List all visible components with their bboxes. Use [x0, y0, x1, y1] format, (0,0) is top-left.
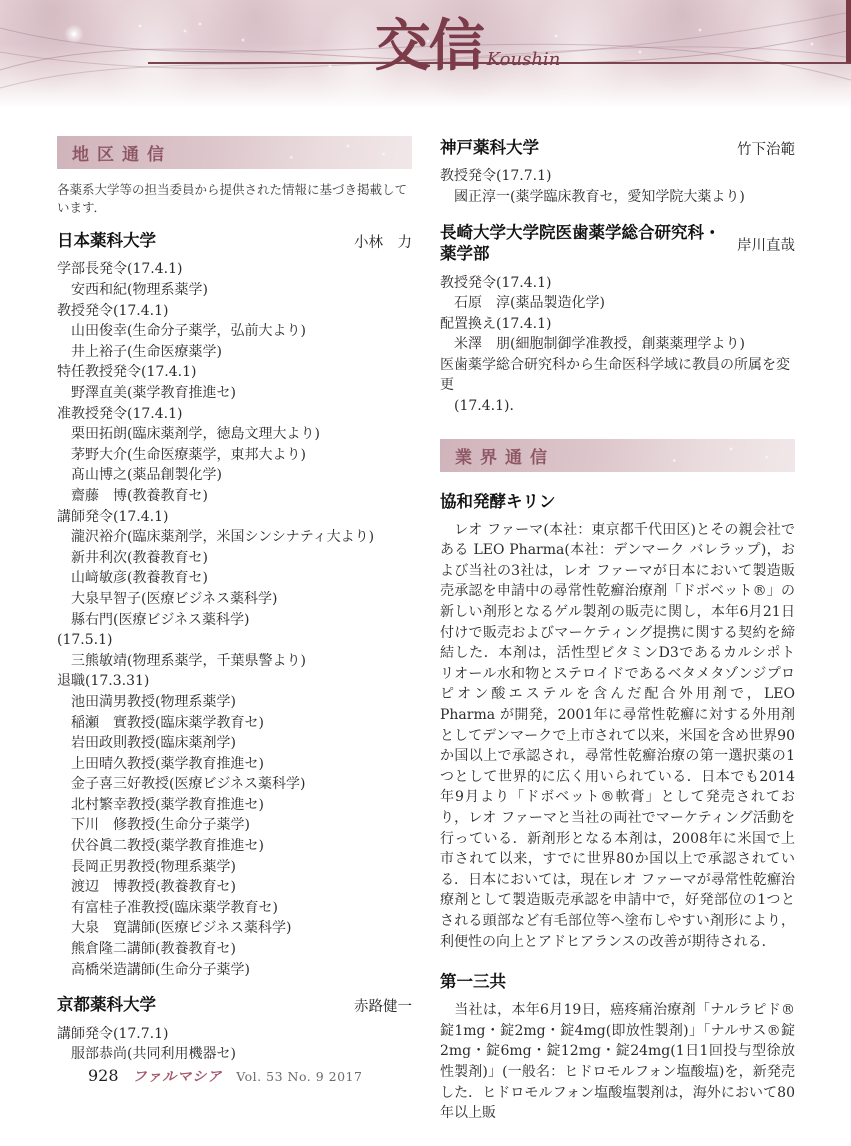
appointment-line: 学部長発令(17.4.1) — [57, 259, 412, 280]
university-entry: 神戸薬科大学 竹下治範 教授発令(17.7.1) 國正淳一(薬学臨床教育セ，愛知… — [440, 138, 795, 208]
appointment-line: (17.4.1)． — [440, 396, 795, 417]
appointment-list: 教授発令(17.4.1) 石原 淳(薬品製造化学)配置換え(17.4.1) 米澤… — [440, 273, 795, 417]
appointment-line: 山田俊幸(生命分子薬学，弘前大より) — [57, 321, 412, 342]
section-header-district: 地区通信 — [57, 136, 412, 169]
university-entry: 日本薬科大学 小林 力 学部長発令(17.4.1) 安西和紀(物理系薬学)教授発… — [57, 231, 412, 980]
section-note: 各薬系大学等の担当委員から提供された情報に基づき掲載しています． — [57, 180, 412, 216]
appointment-line: 服部恭尚(共同利用機器セ) — [57, 1044, 412, 1065]
right-edge-mark — [846, 0, 851, 63]
article-body: レオ ファーマ(本社：東京都千代田区)とその親会社である LEO Pharma(… — [440, 520, 795, 952]
appointment-line: 山﨑敏彦(教養教育セ) — [57, 568, 412, 589]
reporter-name: 竹下治範 — [737, 138, 795, 159]
appointment-line: 下川 修教授(生命分子薬学) — [57, 815, 412, 836]
university-entry: 長崎大学大学院医歯薬学総合研究科・薬学部 岸川直哉 教授発令(17.4.1) 石… — [440, 223, 795, 417]
masthead: 交信 Koushin — [0, 0, 851, 108]
appointment-line: 北村繁幸教授(薬学教育推進セ) — [57, 795, 412, 816]
appointment-line: 大泉早智子(医療ビジネス薬科学) — [57, 589, 412, 610]
appointment-line: 國正淳一(薬学臨床教育セ，愛知学院大薬より) — [440, 187, 795, 208]
appointment-line: 上田晴久教授(薬学教育推進セ) — [57, 754, 412, 775]
appointment-line: 医歯薬学総合研究科から生命医科学域に教員の所属を変更 — [440, 355, 795, 396]
appointment-line: 准教授発令(17.4.1) — [57, 404, 412, 425]
appointment-line: 有富桂子准教授(臨床薬学教育セ) — [57, 898, 412, 919]
appointment-line: 長岡正男教授(物理系薬学) — [57, 857, 412, 878]
appointment-line: 井上裕子(生命医療薬学) — [57, 342, 412, 363]
reporter-name: 岸川直哉 — [737, 234, 795, 255]
appointment-list: 教授発令(17.7.1) 國正淳一(薬学臨床教育セ，愛知学院大薬より) — [440, 166, 795, 207]
appointment-line: 伏谷眞二教授(薬学教育推進セ) — [57, 836, 412, 857]
appointment-line: 瀧沢裕介(臨床薬剤学，米国シンシナティ大より) — [57, 527, 412, 548]
appointment-line: 新井利次(教養教育セ) — [57, 548, 412, 569]
issue-info: Vol. 53 No. 9 2017 — [236, 1069, 362, 1084]
appointment-line: 退職(17.3.31) — [57, 671, 412, 692]
appointment-line: 高橋栄造講師(生命分子薬学) — [57, 960, 412, 981]
appointment-line: 金子喜三好教授(医療ビジネス薬科学) — [57, 774, 412, 795]
page-title-romaji: Koushin — [487, 49, 561, 70]
article-entry: 協和発酵キリン レオ ファーマ(本社：東京都千代田区)とその親会社である LEO… — [440, 488, 795, 952]
appointment-line: 特任教授発令(17.4.1) — [57, 362, 412, 383]
appointment-line: 栗田拓朗(臨床薬剤学，徳島文理大より) — [57, 424, 412, 445]
appointment-line: 渡辺 博教授(教養教育セ) — [57, 877, 412, 898]
university-entry: 京都薬科大学 赤路健一 講師発令(17.7.1) 服部恭尚(共同利用機器セ) — [57, 995, 412, 1065]
appointment-line: 講師発令(17.7.1) — [57, 1024, 412, 1045]
page-number: 928 — [88, 1066, 119, 1085]
appointment-line: 茅野大介(生命医療薬学，東邦大より) — [57, 445, 412, 466]
university-name: 神戸薬科大学 — [440, 138, 539, 159]
right-column: 神戸薬科大学 竹下治範 教授発令(17.7.1) 國正淳一(薬学臨床教育セ，愛知… — [440, 136, 795, 1124]
appointment-line: 三熊敏靖(物理系薬学，千葉県警より) — [57, 651, 412, 672]
appointment-line: 講師発令(17.4.1) — [57, 507, 412, 528]
journal-page: 交信 Koushin 地区通信 各薬系大学等の担当委員から提供された情報に基づき… — [0, 0, 851, 1146]
appointment-list: 学部長発令(17.4.1) 安西和紀(物理系薬学)教授発令(17.4.1) 山田… — [57, 259, 412, 980]
company-name: 協和発酵キリン — [440, 488, 795, 512]
appointment-line: 池田満男教授(物理系薬学) — [57, 692, 412, 713]
reporter-name: 赤路健一 — [354, 995, 412, 1016]
appointment-line: 齋藤 博(教養教育セ) — [57, 486, 412, 507]
appointment-line: 米澤 朋(細胞制御学准教授，創薬薬理学より) — [440, 334, 795, 355]
appointment-line: 髙山博之(薬品創製化学) — [57, 465, 412, 486]
appointment-line: 野澤直美(薬学教育推進セ) — [57, 383, 412, 404]
university-name: 京都薬科大学 — [57, 995, 156, 1016]
appointment-line: 配置換え(17.4.1) — [440, 314, 795, 335]
appointment-line: 縣右門(医療ビジネス薬科学) — [57, 610, 412, 631]
article-body: 当社は，本年6月19日，癌疼痛治療剤「ナルラピド®錠1mg・錠2mg・錠4mg(… — [440, 1000, 795, 1124]
appointment-list: 講師発令(17.7.1) 服部恭尚(共同利用機器セ) — [57, 1024, 412, 1065]
appointment-line: 教授発令(17.4.1) — [440, 273, 795, 294]
section-header-industry: 業界通信 — [440, 439, 795, 472]
appointment-line: (17.5.1) — [57, 630, 412, 651]
appointment-line: 石原 淳(薬品製造化学) — [440, 293, 795, 314]
appointment-line: 大泉 寛講師(医療ビジネス薬科学) — [57, 918, 412, 939]
appointment-line: 岩田政則教授(臨床薬剤学) — [57, 733, 412, 754]
article-entry: 第一三共 当社は，本年6月19日，癌疼痛治療剤「ナルラピド®錠1mg・錠2mg・… — [440, 968, 795, 1124]
university-name: 日本薬科大学 — [57, 231, 156, 252]
company-name: 第一三共 — [440, 968, 795, 992]
page-title: 交信 — [375, 14, 483, 78]
appointment-line: 熊倉隆二講師(教養教育セ) — [57, 939, 412, 960]
left-column: 地区通信 各薬系大学等の担当委員から提供された情報に基づき掲載しています． 日本… — [57, 136, 412, 1124]
footer: 928 ファルマシア Vol. 53 No. 9 2017 — [88, 1066, 362, 1086]
university-name: 長崎大学大学院医歯薬学総合研究科・薬学部 — [440, 223, 726, 266]
page-content: 地区通信 各薬系大学等の担当委員から提供された情報に基づき掲載しています． 日本… — [57, 136, 795, 1124]
appointment-line: 教授発令(17.4.1) — [57, 301, 412, 322]
journal-name: ファルマシア — [133, 1066, 223, 1086]
appointment-line: 稲瀬 實教授(臨床薬学教育セ) — [57, 713, 412, 734]
appointment-line: 安西和紀(物理系薬学) — [57, 280, 412, 301]
reporter-name: 小林 力 — [354, 231, 412, 252]
appointment-line: 教授発令(17.7.1) — [440, 166, 795, 187]
